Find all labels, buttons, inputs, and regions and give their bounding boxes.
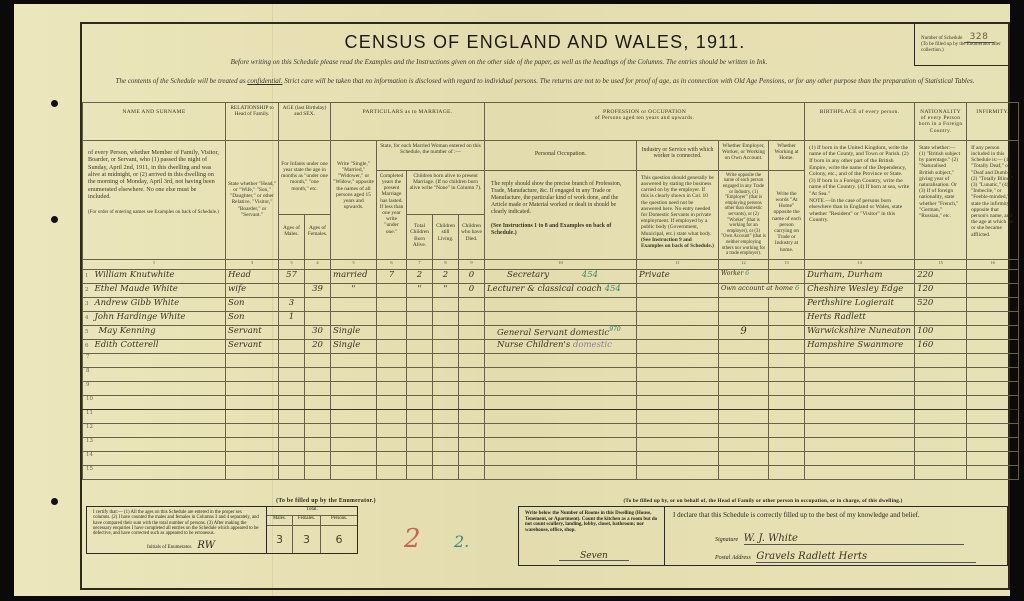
employer-code: 6 (745, 270, 749, 277)
table-row-empty: 14 (83, 451, 1019, 465)
initials-line: Initials of Enumerator. RW (147, 543, 215, 550)
marital-condition (331, 297, 377, 311)
birthplace-instructions-text: (1) If born in the United Kingdom, write… (809, 145, 909, 197)
document-subtitle: Before writing on this Schedule please r… (82, 58, 916, 66)
employer-status (719, 297, 769, 311)
declaration-box: Write below the Number of Rooms in this … (518, 506, 1008, 566)
home-instructions: Write the words "At Home" opposite the n… (769, 170, 805, 259)
header-marriage: PARTICULARS as to MARRIAGE. (331, 103, 485, 141)
children-died (459, 297, 485, 311)
age-female: 39 (305, 283, 331, 297)
occupation-cell: Nurse Children's domestic (485, 339, 637, 353)
industry (637, 283, 719, 297)
address-label: Postal Address (715, 555, 751, 561)
infirmity-instructions: If any person included in this Schedule … (967, 140, 1019, 259)
industry: Private (637, 269, 719, 283)
name-cell: 4John Hardinge White (83, 311, 226, 325)
table-row: 3Andrew Gibb White Son 3 Perthshire Logi… (83, 297, 1019, 311)
certify-text: I certify that:— (1) All the ages on thi… (93, 510, 259, 536)
total-males: 3 (267, 526, 293, 553)
table-row: 2Ethel Maude White wife 39 " " " 0 Lectu… (83, 283, 1019, 297)
children-living: " (433, 283, 459, 297)
children-living (433, 311, 459, 325)
employer-cell: Own account at home 6 (719, 283, 805, 297)
person-name: William Knutwhite (95, 270, 175, 280)
colnum: 6 (377, 259, 407, 269)
industry-instr-text: This question should generally be answer… (641, 175, 714, 237)
employer-status (719, 339, 769, 353)
age-female (305, 297, 331, 311)
enumerator-initials: RW (197, 540, 215, 551)
birthplace-note: NOTE.—In the case of persons born elsewh… (809, 198, 902, 224)
confidential-pre: The contents of the Schedule will be tre… (116, 77, 246, 85)
working-at-home (769, 339, 805, 353)
working-at-home (769, 325, 805, 339)
occupation-cell: Lecturer & classical coach 454 (485, 283, 637, 297)
header-name: NAME AND SURNAME (83, 103, 226, 141)
children-total (407, 325, 433, 339)
total-persons: 6 (321, 526, 357, 553)
table-row: 1William Knutwhite Head 57 married 7 2 2… (83, 269, 1019, 283)
table-row-empty: 15 (83, 465, 1019, 479)
profession-subheading: of Persons aged ten years and upwards. (595, 115, 694, 121)
home-header: Whether Working at Home. (769, 140, 805, 170)
signature-line: Signature W. J. White (715, 533, 964, 545)
age-instructions: For Infants under one year state the age… (279, 140, 331, 214)
children-died-header: Children who have Died. (459, 215, 485, 259)
row-number: 5 (85, 329, 89, 335)
occupation-code: 454 (582, 270, 598, 280)
males-label: Males. (267, 516, 293, 525)
row-number: 14 (83, 451, 226, 465)
header-infirmity: INFIRMITY. (967, 103, 1019, 141)
name-cell: 6Edith Cotterell (83, 339, 226, 353)
relationship: Servant (226, 325, 279, 339)
postal-address: Gravels Radlett Herts (756, 551, 976, 563)
address-line: Postal Address Gravels Radlett Herts (715, 551, 976, 563)
occupation-cell: General Servant domestic970 (485, 325, 637, 339)
occupation: Lecturer & classical coach (487, 284, 602, 294)
table-row-empty: 13 (83, 437, 1019, 451)
occupation-code: 970 (609, 326, 620, 333)
marital-condition: Single (331, 325, 377, 339)
schedule-number-label: Number of Schedule (921, 36, 962, 41)
colnum: 4 (305, 259, 331, 269)
working-at-home (769, 297, 805, 311)
employer-code: 6 (795, 284, 799, 292)
person-name: John Hardinge White (95, 312, 186, 322)
children-died: 0 (459, 283, 485, 297)
colnum: 12 (719, 259, 769, 269)
personal-occupation-header: Personal Occupation. (485, 140, 637, 170)
industry (637, 311, 719, 325)
relationship: Head (226, 269, 279, 283)
relationship: Son (226, 297, 279, 311)
occupation-code: domestic (573, 340, 612, 350)
punch-hole (51, 100, 58, 107)
name-instructions-text: of every Person, whether Member of Famil… (88, 149, 219, 200)
table-row: 6Edith Cotterell Servant 20 Single Nurse… (83, 339, 1019, 353)
colnum: 15 (915, 259, 967, 269)
employer-code: 9 (719, 325, 769, 339)
children-total: 2 (407, 269, 433, 283)
rooms-instructions: Write below the Number of Rooms in this … (525, 511, 657, 533)
enumerator-section: (To be filled up by the Enumerator.) I c… (86, 498, 526, 554)
signature-label: Signature (715, 537, 738, 543)
children-died (459, 311, 485, 325)
children-living-header: Children still Living. (433, 215, 459, 259)
name-cell: 5May Kenning (83, 325, 226, 339)
table-row: 5May Kenning Servant 30 Single General S… (83, 325, 1019, 339)
children-total: " (407, 283, 433, 297)
children-died: 0 (459, 269, 485, 283)
initials-label: Initials of Enumerator. (147, 545, 192, 550)
children-living (433, 325, 459, 339)
census-schedule: CENSUS OF ENGLAND AND WALES, 1911. Befor… (80, 22, 1010, 590)
row-number: 10 (83, 395, 226, 409)
declaration: I declare that this Schedule is correctl… (665, 507, 1007, 565)
children-total (407, 297, 433, 311)
colnum: 3 (279, 259, 305, 269)
name-cell: 2Ethel Maude White (83, 283, 226, 297)
occupation (485, 311, 637, 325)
ages-males-header: Ages of Males. (279, 215, 305, 259)
age-male: 1 (279, 311, 305, 325)
row-number: 2 (85, 287, 89, 293)
header-nationality: NATIONALITY of every Person born in a Fo… (915, 103, 967, 141)
marital-condition: " (331, 283, 377, 297)
children-died (459, 339, 485, 353)
colnum: 11 (637, 259, 719, 269)
colnum: 1 (83, 259, 226, 269)
birthplace-code: 100 (915, 325, 967, 339)
row-number: 15 (83, 465, 226, 479)
row-number: 11 (83, 409, 226, 423)
marriage-years (377, 311, 407, 325)
census-table: NAME AND SURNAME RELATIONSHIP to Head of… (82, 102, 1019, 480)
children-header: Children born alive to present Marriage.… (407, 170, 485, 214)
row-number: 4 (85, 315, 89, 321)
green-annotation-mark: 2. (454, 532, 469, 551)
occupation: Nurse Children's (497, 340, 570, 350)
birthplace-code: 220 (915, 269, 967, 283)
industry (637, 325, 719, 339)
birthplace: Herts Radlett (805, 311, 915, 325)
age-male (279, 339, 305, 353)
birthplace-code: 160 (915, 339, 967, 353)
employer-instructions: Write opposite the name of each person e… (719, 170, 769, 259)
nationality-instructions: State whether:— (1) "British subject by … (915, 140, 967, 259)
age-female (305, 311, 331, 325)
marriage-years (377, 297, 407, 311)
children-died (459, 325, 485, 339)
marriage-years (377, 339, 407, 353)
occupation-code: 454 (605, 284, 621, 294)
colnum: 16 (967, 259, 1019, 269)
relationship: Son (226, 311, 279, 325)
number-of-rooms: Seven (559, 554, 629, 561)
header-age: AGE (last Birthday) and SEX. (279, 103, 331, 141)
employer-status: Own account at home (721, 284, 793, 292)
age-male: 57 (279, 269, 305, 283)
total-females: 3 (293, 526, 321, 553)
birthplace-code: 520 (915, 297, 967, 311)
marriage-condition-instructions: Write "Single," "Married," "Widower," or… (331, 140, 377, 259)
totals-box: Total. Males. Females. Persons. 3 3 6 (267, 507, 357, 553)
person-name: May Kenning (99, 326, 156, 336)
red-annotation-mark: 2 (404, 524, 421, 554)
person-name: Andrew Gibb White (95, 298, 180, 308)
infirmity (967, 269, 1019, 283)
occupation-cell: Secretary 454 (485, 269, 637, 283)
total-children-header: Total Children Born Alive. (407, 215, 433, 259)
marriage-years: 7 (377, 269, 407, 283)
birthplace: Cheshire Wesley Edge (805, 283, 915, 297)
birthplace: Warwickshire Nuneaton (805, 325, 915, 339)
enumerator-caption: (To be filled up by the Enumerator.) (86, 498, 526, 504)
birthplace: Durham, Durham (805, 269, 915, 283)
age-female (305, 269, 331, 283)
head-of-family-section: (To be filled up by, or on behalf of, th… (518, 498, 1008, 566)
infirmity (967, 283, 1019, 297)
schedule-number-box: Number of Schedule 328 (To be filled up … (914, 24, 1008, 66)
colnum: 8 (433, 259, 459, 269)
infirmity (967, 297, 1019, 311)
enumerator-box: I certify that:— (1) All the ages on thi… (86, 506, 358, 554)
confidentiality-notice: The contents of the Schedule will be tre… (86, 76, 1004, 86)
colnum: 13 (769, 259, 805, 269)
personal-occ-instr-text: The reply should show the precise branch… (491, 181, 621, 215)
declaration-text: I declare that this Schedule is correctl… (673, 511, 920, 519)
confidential-word: confidential. (247, 77, 282, 85)
occupation: Secretary (507, 270, 549, 280)
colnum: 9 (459, 259, 485, 269)
enumerator-certification: I certify that:— (1) All the ages on thi… (87, 507, 267, 553)
employer-header: Whether Employer, Worker, or Working on … (719, 140, 769, 170)
table-row-empty: 7 (83, 353, 1019, 367)
name-cell: 1William Knutwhite (83, 269, 226, 283)
age-male: 3 (279, 297, 305, 311)
marriage-years (377, 325, 407, 339)
head-caption: (To be filled up by, or on behalf of, th… (518, 498, 1008, 504)
row-number: 9 (83, 381, 226, 395)
person-name: Ethel Maude White (95, 284, 178, 294)
personal-occupation-instructions: The reply should show the precise branch… (485, 170, 637, 259)
punch-hole (51, 216, 58, 223)
header-relationship: RELATIONSHIP to Head of Family. (226, 103, 279, 141)
name-cell: 3Andrew Gibb White (83, 297, 226, 311)
occupation (485, 297, 637, 311)
birthplace-code: 120 (915, 283, 967, 297)
age-male (279, 325, 305, 339)
marriage-years (377, 283, 407, 297)
table-row-empty: 8 (83, 367, 1019, 381)
persons-label: Persons. (321, 516, 357, 525)
females-label: Females. (293, 516, 321, 525)
marriage-years-header: Completed years the present Marriage has… (377, 170, 407, 259)
infirmity (967, 325, 1019, 339)
marital-condition (331, 311, 377, 325)
totals-values: 3 3 6 (267, 526, 357, 553)
colnum: 14 (805, 259, 915, 269)
children-living (433, 297, 459, 311)
document-title: CENSUS OF ENGLAND AND WALES, 1911. (82, 32, 1008, 53)
table-row-empty: 11 (83, 409, 1019, 423)
colnum: 7 (407, 259, 433, 269)
name-instructions: of every Person, whether Member of Famil… (83, 140, 226, 259)
birthplace: Hampshire Swanmore (805, 339, 915, 353)
infirmity (967, 339, 1019, 353)
industry-instructions: This question should generally be answer… (637, 170, 719, 259)
working-at-home (769, 311, 805, 325)
column-number-row: 1 3 3 4 5 6 7 8 9 10 11 12 13 14 15 16 (83, 259, 1019, 269)
employer-cell: Worker 6 (719, 269, 769, 283)
totals-header: Males. Females. Persons. (267, 516, 357, 526)
marital-condition: Single (331, 339, 377, 353)
table-row-empty: 10 (83, 395, 1019, 409)
row-number: 3 (85, 301, 89, 307)
header-birthplace: BIRTHPLACE of every person. (805, 103, 915, 141)
colnum: 5 (331, 259, 377, 269)
industry-header: Industry or Service with which worker is… (637, 140, 719, 170)
table-row-empty: 9 (83, 381, 1019, 395)
industry (637, 339, 719, 353)
row-number: 13 (83, 437, 226, 451)
person-name: Edith Cotterell (95, 340, 159, 350)
schedule-number-note: (To be filled up by the Enumerator after… (921, 42, 1001, 53)
employer-status (719, 311, 769, 325)
relationship: Servant (226, 339, 279, 353)
header-profession: PROFESSION or OCCUPATION of Persons aged… (485, 103, 805, 141)
children-total (407, 311, 433, 325)
colnum: 3 (226, 259, 279, 269)
name-note: (For order of entering names see Example… (88, 210, 219, 215)
employer-status: Worker (721, 270, 743, 277)
table-row: 4John Hardinge White Son 1 Herts Radlett (83, 311, 1019, 325)
children-living (433, 339, 459, 353)
rooms-box: Write below the Number of Rooms in this … (519, 507, 665, 565)
children-living: 2 (433, 269, 459, 283)
row-number: 6 (85, 343, 89, 349)
total-label: Total. (267, 507, 357, 516)
table-row-empty: 12 (83, 423, 1019, 437)
working-at-home (769, 269, 805, 283)
occupation: General Servant domestic (497, 328, 609, 338)
age-female: 20 (305, 339, 331, 353)
confidential-post: Strict care will be taken that no inform… (284, 77, 974, 85)
birthplace-code (915, 311, 967, 325)
punch-hole (51, 498, 58, 505)
row-number: 1 (85, 273, 89, 279)
age-male (279, 283, 305, 297)
colnum: 10 (485, 259, 637, 269)
industry (637, 297, 719, 311)
children-total (407, 339, 433, 353)
age-female: 30 (305, 325, 331, 339)
row-number: 8 (83, 367, 226, 381)
census-paper: CENSUS OF ENGLAND AND WALES, 1911. Befor… (14, 4, 1010, 596)
birthplace-instructions: (1) If born in the United Kingdom, write… (805, 140, 915, 259)
signature: W. J. White (744, 533, 964, 545)
relationship-instructions: State whether "Head," or "Wife," "Son," … (226, 140, 279, 259)
industry-note: (See Instruction 9 and Examples on back … (641, 237, 714, 249)
marital-condition: married (331, 269, 377, 283)
row-number: 12 (83, 423, 226, 437)
infirmity (967, 311, 1019, 325)
relationship: wife (226, 283, 279, 297)
birthplace: Perthshire Logierait (805, 297, 915, 311)
row-number: 7 (83, 353, 226, 367)
ages-females-header: Ages of Females. (305, 215, 331, 259)
married-women-instructions: State, for each Married Woman entered on… (377, 140, 485, 170)
personal-occ-note: (See Instructions 1 to 8 and Examples on… (491, 223, 611, 236)
